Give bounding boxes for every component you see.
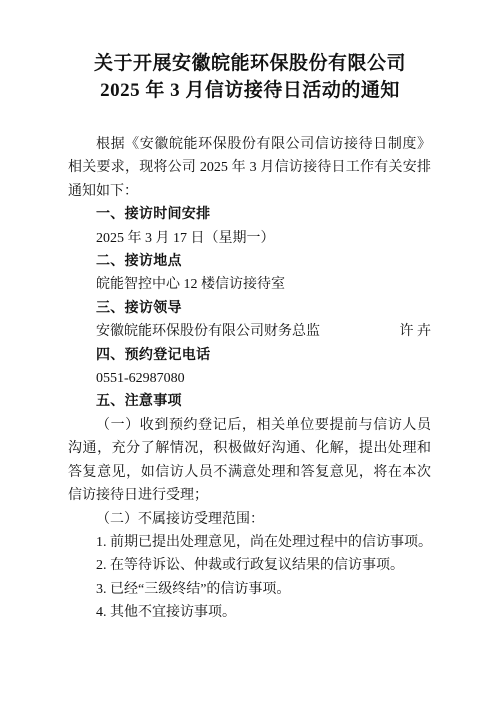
document-title: 关于开展安徽皖能环保股份有限公司 2025 年 3 月信访接待日活动的通知 bbox=[68, 50, 432, 104]
excluded-item-4: 4. 其他不宜接访事项。 bbox=[68, 601, 431, 624]
note-2-lead-in: （二）不属接访受理范围： bbox=[68, 508, 431, 531]
section-1-content-visit-date: 2025 年 3 月 17 日（星期一） bbox=[68, 227, 431, 250]
excluded-item-2: 2. 在等待诉讼、仲裁或行政复议结果的信访事项。 bbox=[68, 554, 431, 577]
intro-paragraph: 根据《安徽皖能环保股份有限公司信访接待日制度》相关要求，现将公司 2025 年 … bbox=[68, 133, 431, 203]
section-3-content-reception-leader: 安徽皖能环保股份有限公司财务总监 许 卉 bbox=[68, 320, 431, 343]
document-title-line-1: 关于开展安徽皖能环保股份有限公司 bbox=[68, 50, 432, 77]
excluded-item-3: 3. 已经“三级终结”的信访事项。 bbox=[68, 578, 431, 601]
section-3-heading: 三、接访领导 bbox=[68, 297, 431, 320]
document-body: 根据《安徽皖能环保股份有限公司信访接待日制度》相关要求，现将公司 2025 年 … bbox=[68, 133, 431, 625]
document-title-line-2: 2025 年 3 月信访接待日活动的通知 bbox=[68, 77, 432, 104]
excluded-item-1: 1. 前期已提出处理意见，尚在处理过程中的信访事项。 bbox=[68, 531, 431, 554]
section-1-heading: 一、接访时间安排 bbox=[68, 203, 431, 226]
notice-document-page: 关于开展安徽皖能环保股份有限公司 2025 年 3 月信访接待日活动的通知 根据… bbox=[0, 0, 500, 706]
section-4-heading: 四、预约登记电话 bbox=[68, 344, 431, 367]
section-2-content-visit-location: 皖能智控中心 12 楼信访接待室 bbox=[68, 273, 431, 296]
leader-name: 许 卉 bbox=[400, 320, 432, 343]
leader-position: 安徽皖能环保股份有限公司财务总监 bbox=[96, 320, 320, 343]
section-5-heading: 五、注意事项 bbox=[68, 390, 431, 413]
section-4-content-phone-number: 0551-62987080 bbox=[68, 367, 431, 390]
section-2-heading: 二、接访地点 bbox=[68, 250, 431, 273]
note-1-paragraph: （一）收到预约登记后，相关单位要提前与信访人员沟通，充分了解情况，积极做好沟通、… bbox=[68, 414, 431, 508]
